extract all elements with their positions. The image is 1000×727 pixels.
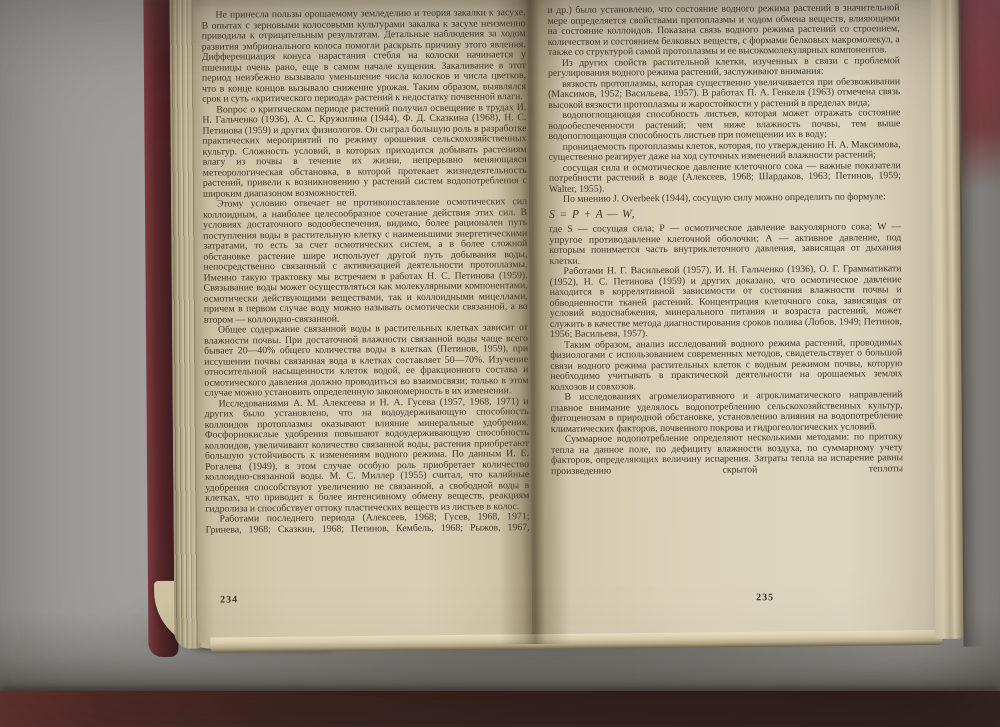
body-paragraph: вязкость протоплазмы, которая существенн… <box>548 77 900 111</box>
body-paragraph: Работами последнего периода (Алексеев, 1… <box>205 512 529 536</box>
body-paragraph: В исследованиях агромелиоративного и агр… <box>550 390 902 435</box>
right-page: и др.) было установлено, что состояние в… <box>527 0 936 643</box>
body-paragraph: где S — сосущая сила; P — осмотическое д… <box>549 222 901 267</box>
book-gutter-shadow <box>494 0 571 644</box>
body-paragraph: Общее содержание связанной воды в растит… <box>204 323 529 399</box>
body-paragraph: Вопрос о критическом периоде растений по… <box>202 103 527 200</box>
open-book: Не принесла пользы орошаемому земледелию… <box>0 0 1000 727</box>
body-paragraph: Не принесла пользы орошаемому земледелию… <box>201 8 526 105</box>
page-number-right: 235 <box>756 592 774 603</box>
body-paragraph: Суммарное водопотребление определяют нес… <box>551 432 903 477</box>
body-paragraph: и др.) было установлено, что состояние в… <box>547 3 899 58</box>
right-edge-shadow <box>958 0 985 647</box>
body-paragraph: Таким образом, анализ исследований водно… <box>550 338 902 393</box>
left-page: Не принесла пользы орошаемому земледелию… <box>193 0 532 643</box>
right-page-text: и др.) было установлено, что состояние в… <box>547 3 904 586</box>
body-paragraph: сосущая сила и осмотическое давление кле… <box>549 161 901 195</box>
body-paragraph: Работами Н. Г. Васильевой (1957), И. Н. … <box>550 264 903 340</box>
body-paragraph: Этому условию отвечает не противопоставл… <box>203 197 528 326</box>
left-page-text: Не принесла пользы орошаемому земледелию… <box>201 8 530 587</box>
page-number-left: 234 <box>220 594 238 605</box>
body-paragraph: Исследованиями А. М. Алексеева и Н. А. Г… <box>205 397 530 515</box>
body-paragraph: водопоглощающая способность листьев, кот… <box>548 108 900 142</box>
